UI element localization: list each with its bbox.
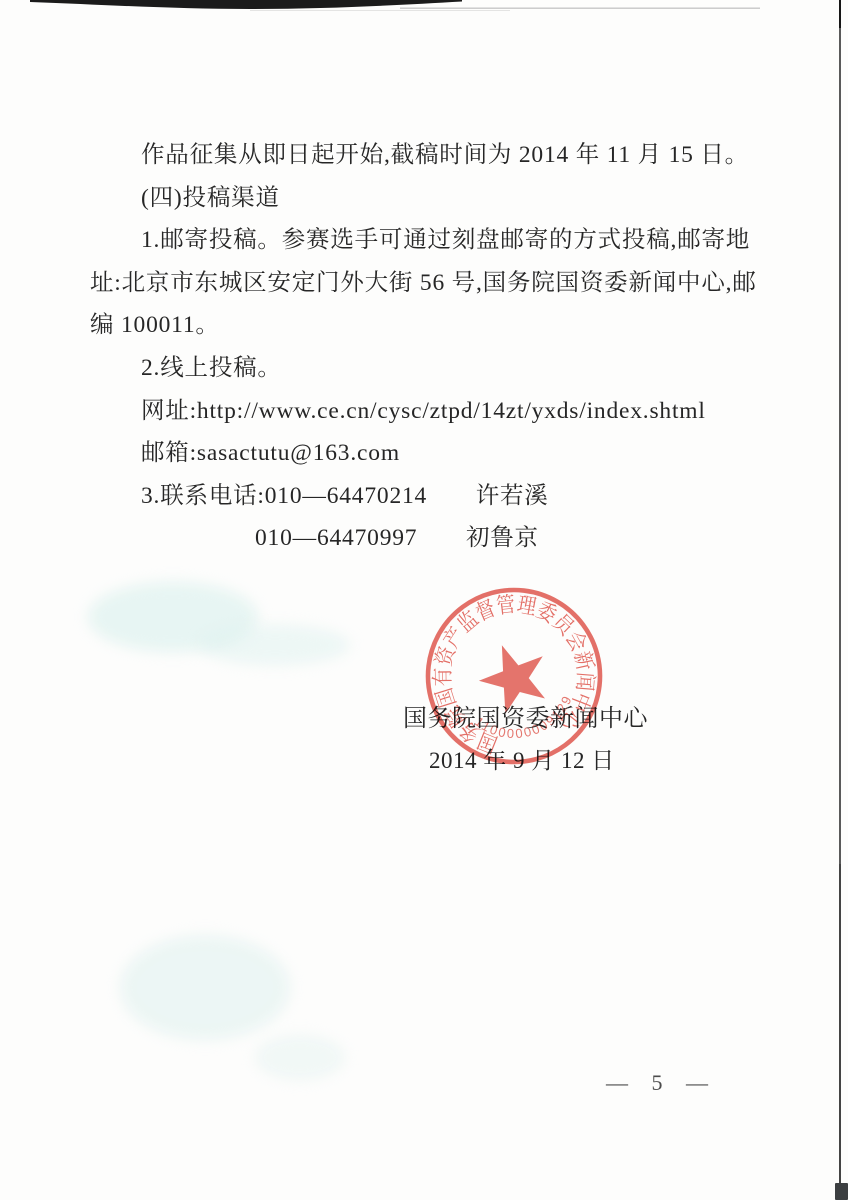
- body-line: 网址:http://www.ce.cn/cysc/ztpd/14zt/yxds/…: [90, 390, 774, 433]
- scan-artifact-corner-blob: [835, 1183, 848, 1200]
- scan-artifact-right-edge: [839, 0, 841, 1200]
- scanned-document-page: 作品征集从即日起开始,截稿时间为 2014 年 11 月 15 日。 (四)投稿…: [0, 0, 848, 1200]
- bleed-through-mark: [120, 935, 290, 1040]
- bleed-through-mark: [255, 1035, 345, 1080]
- body-line: 作品征集从即日起开始,截稿时间为 2014 年 11 月 15 日。: [90, 134, 774, 177]
- body-line: 编 100011。: [90, 304, 774, 347]
- body-line: 3.联系电话:010—64470214 许若溪: [90, 475, 774, 518]
- scan-artifact-top-edge: [0, 0, 848, 16]
- body-line: 邮箱:sasactutu@163.com: [90, 432, 774, 475]
- bleed-through-mark: [200, 625, 350, 665]
- page-number: — 5 —: [606, 1070, 717, 1096]
- seal-star-icon: [470, 633, 557, 718]
- body-line: 址:北京市东城区安定门外大街 56 号,国务院国资委新闻中心,邮: [90, 262, 774, 305]
- body-line: 1.邮寄投稿。参赛选手可通过刻盘邮寄的方式投稿,邮寄地: [90, 219, 774, 262]
- body-line: 010—64470997 初鲁京: [90, 517, 774, 560]
- official-seal: 国务院国有资产监督管理委员会新闻中心 1100000009129: [398, 563, 630, 795]
- body-line: (四)投稿渠道: [90, 177, 774, 220]
- body-line: 2.线上投稿。: [90, 347, 774, 390]
- document-body: 作品征集从即日起开始,截稿时间为 2014 年 11 月 15 日。 (四)投稿…: [90, 134, 774, 560]
